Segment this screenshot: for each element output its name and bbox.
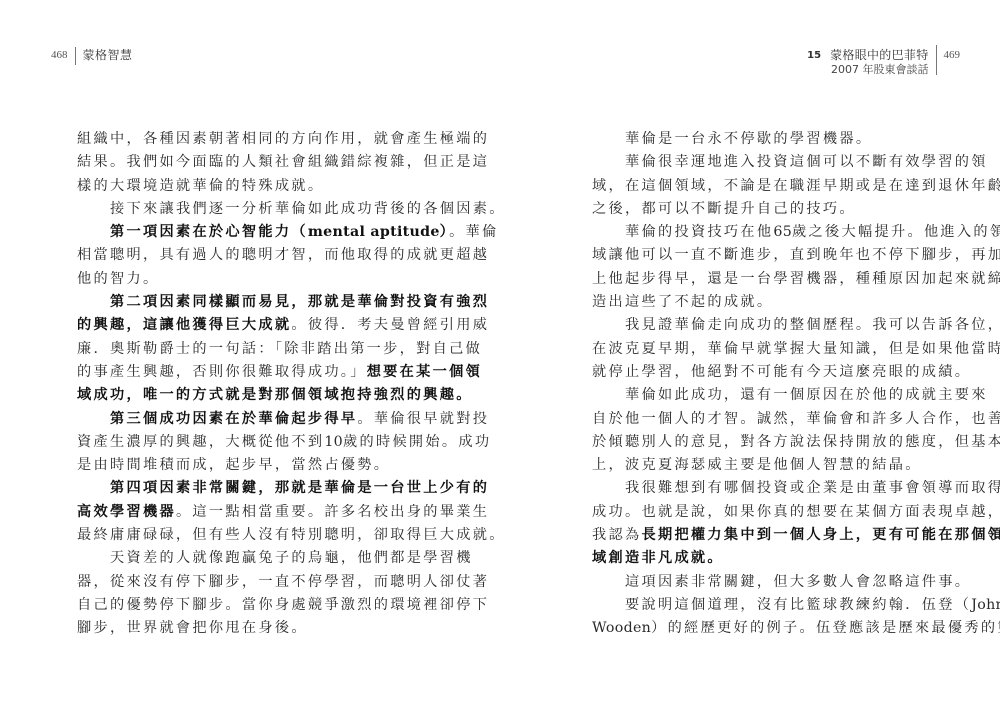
text-line: 於傾聽別人的意見，對各方說法保持開放的態度，但基本 [592, 431, 924, 454]
bold-text: 長期把權力集中到一個人身上，更有可能在那個領 [641, 527, 1000, 543]
text-segment: 。華倫很早就對投 [357, 411, 489, 427]
text-line: 成功。也就是說，如果你真的想要在某個方面表現卓越， [592, 501, 924, 524]
chapter-heading: 15 蒙格眼中的巴菲特 2007 年股東會談話 [807, 48, 928, 77]
text-segment: 要說明這個道理，沒有比籃球教練約翰．伍登（ [625, 597, 971, 613]
text-line: 自己的優勢停下腳步。當你身處競爭激烈的環境裡卻停下 [77, 594, 409, 617]
chapter-title: 蒙格眼中的巴菲特 [830, 48, 928, 63]
text-segment: 。這一點相當重要。許多名校出身的畢業生 [176, 504, 489, 520]
text-line: 我很難想到有哪個投資或企業是由董事會領導而取得 [592, 477, 924, 500]
text-segment: 我見證華倫走向成功的整個歷程。我可以告訴各位， [625, 317, 1000, 333]
text-line: 組織中，各種因素朝著相同的方向作用，就會產生極端的 [77, 128, 409, 151]
right-page: 15 蒙格眼中的巴菲特 2007 年股東會談話 469 華倫是一台永不停歇的學習… [500, 0, 1000, 701]
text-line: 第三個成功因素在於華倫起步得早。華倫很早就對投 [77, 408, 409, 431]
text-segment: 資產生濃厚的興趣，大概從他不到 [77, 434, 324, 450]
text-segment: 65 [773, 224, 792, 240]
text-line: 的事產生興趣，否則你很難取得成功。」想要在某一個領 [77, 361, 409, 384]
text-segment: 域，在這個領域，不論是在職涯早期或是在達到退休年齡 [592, 178, 1000, 194]
bold-text: 想要在某一個領 [367, 364, 482, 380]
text-segment: 他的智力。 [77, 271, 159, 287]
text-segment: 華倫很幸運地進入投資這個可以不斷有效學習的領 [625, 154, 988, 170]
text-segment: 天資差的人就像跑贏兔子的烏龜，他們都是學習機 [110, 550, 473, 566]
text-segment: 腳步，世界就會把你甩在身後。 [77, 620, 308, 636]
chapter-subtitle: 2007 年股東會談話 [830, 63, 928, 77]
text-segment: 結果。我們如今面臨的人類社會組織錯綜複雜，但正是這 [77, 154, 489, 170]
text-segment: ）的經歷更好的例子。伍登應該是歷來最優秀的籃 [651, 620, 1000, 636]
text-segment: 域讓他可以一直不斷進步，直到晚年也不停下腳步，再加 [592, 247, 1000, 263]
bold-text: 的興趣，這讓他獲得巨大成就 [77, 317, 291, 333]
text-segment: 上，波克夏海瑟威主要是他個人智慧的結晶。 [592, 457, 922, 473]
text-line: 結果。我們如今面臨的人類社會組織錯綜複雜，但正是這 [77, 151, 409, 174]
text-line: 資產生濃厚的興趣，大概從他不到10歲的時候開始。成功 [77, 431, 409, 454]
text-line: 要說明這個道理，沒有比籃球教練約翰．伍登（John [592, 594, 924, 617]
text-line: 上，波克夏海瑟威主要是他個人智慧的結晶。 [592, 454, 924, 477]
text-line: 這項因素非常關鍵，但大多數人會忽略這件事。 [592, 571, 924, 594]
header-divider [936, 45, 937, 75]
text-segment: 最終庸庸碌碌，但有些人沒有特別聰明，卻取得巨大成就。 [77, 527, 506, 543]
text-segment: 造出這些了不起的成就。 [592, 294, 773, 310]
text-line: 域，在這個領域，不論是在職涯早期或是在達到退休年齡 [592, 175, 924, 198]
bold-text: 域成功，唯一的方式就是對那個領域抱持強烈的興趣。 [77, 387, 473, 403]
bold-text: 域創造非凡成就。 [592, 550, 724, 566]
text-line: 第二項因素同樣顯而易見，那就是華倫對投資有強烈 [77, 291, 409, 314]
text-line: 華倫的投資技巧在他65歲之後大幅提升。他進入的領 [592, 221, 924, 244]
bold-text: 第四項因素非常關鍵，那就是華倫是一台世上少有的 [110, 480, 489, 496]
text-segment: 。華倫 [449, 224, 498, 240]
text-line: 域讓他可以一直不斷進步，直到晚年也不停下腳步，再加 [592, 244, 924, 267]
text-segment: 。彼得．考夫曼曾經引用威 [291, 317, 489, 333]
text-segment: 在波克夏早期，華倫早就掌握大量知識，但是如果他當時 [592, 341, 1000, 357]
chapter-number: 15 [807, 48, 821, 63]
text-line: 華倫是一台永不停歇的學習機器。 [592, 128, 924, 151]
left-running-head: 468 蒙格智慧 [51, 48, 133, 65]
text-segment: 華倫如此成功，還有一個原因在於他的成就主要來 [625, 387, 988, 403]
text-line: 腳步，世界就會把你甩在身後。 [77, 617, 409, 640]
text-line: 第四項因素非常關鍵，那就是華倫是一台世上少有的 [77, 477, 409, 500]
text-segment: 是由時間堆積而成，起步早，當然占優勢。 [77, 457, 390, 473]
text-segment: 組織中，各種因素朝著相同的方向作用，就會產生極端的 [77, 131, 489, 147]
text-line: 是由時間堆積而成，起步早，當然占優勢。 [77, 454, 409, 477]
text-line: Wooden）的經歷更好的例子。伍登應該是歷來最優秀的籃 [592, 617, 924, 640]
text-line: 在波克夏早期，華倫早就掌握大量知識，但是如果他當時 [592, 338, 924, 361]
text-segment: 華倫是一台永不停歇的學習機器。 [625, 131, 872, 147]
text-line: 最終庸庸碌碌，但有些人沒有特別聰明，卻取得巨大成就。 [77, 524, 409, 547]
bold-text: 第二項因素同樣顯而易見，那就是華倫對投資有強烈 [110, 294, 489, 310]
text-segment: 自己的優勢停下腳步。當你身處競爭激烈的環境裡卻停下 [77, 597, 489, 613]
page-number: 469 [944, 48, 961, 63]
text-line: 造出這些了不起的成就。 [592, 291, 924, 314]
text-line: 器，從來沒有停下腳步，一直不停學習，而聰明人卻仗著 [77, 571, 409, 594]
bold-text: 高效學習機器 [77, 504, 176, 520]
text-line: 華倫很幸運地進入投資這個可以不斷有效學習的領 [592, 151, 924, 174]
text-segment: 器，從來沒有停下腳步，一直不停學習，而聰明人卻仗著 [77, 574, 489, 590]
text-segment: 成功。也就是說，如果你真的想要在某個方面表現卓越， [592, 504, 1000, 520]
text-line: 的興趣，這讓他獲得巨大成就。彼得．考夫曼曾經引用威 [77, 314, 409, 337]
page-number: 468 [51, 48, 68, 63]
left-page: 468 蒙格智慧 組織中，各種因素朝著相同的方向作用，就會產生極端的結果。我們如… [0, 0, 500, 701]
bold-text: 第一項因素在於心智能力（ [110, 224, 308, 240]
header-divider [75, 47, 76, 65]
text-segment: 10 [324, 434, 343, 450]
text-line: 華倫如此成功，還有一個原因在於他的成就主要來 [592, 384, 924, 407]
right-running-head: 15 蒙格眼中的巴菲特 2007 年股東會談話 469 [807, 48, 960, 77]
text-line: 樣的大環境造就華倫的特殊成就。 [77, 175, 409, 198]
text-segment: 之後，都可以不斷提升自己的技巧。 [592, 201, 856, 217]
text-segment: 廉．奧斯勒爵士的一句話：「除非踏出第一步，對自己做 [77, 341, 482, 357]
text-line: 域成功，唯一的方式就是對那個領域抱持強烈的興趣。 [77, 384, 409, 407]
book-spread: 468 蒙格智慧 組織中，各種因素朝著相同的方向作用，就會產生極端的結果。我們如… [0, 0, 1000, 701]
text-segment: 自於他一個人的才智。誠然，華倫會和許多人合作，也善 [592, 411, 1000, 427]
text-line: 高效學習機器。這一點相當重要。許多名校出身的畢業生 [77, 501, 409, 524]
text-line: 自於他一個人的才智。誠然，華倫會和許多人合作，也善 [592, 408, 924, 431]
text-segment: 的事產生興趣，否則你很難取得成功。」 [77, 364, 367, 380]
text-line: 就停止學習，他絕對不可能有今天這麼亮眼的成績。 [592, 361, 924, 384]
bold-text: 第三個成功因素在於華倫起步得早 [110, 411, 357, 427]
text-line: 之後，都可以不斷提升自己的技巧。 [592, 198, 924, 221]
text-segment: 我認為 [592, 527, 641, 543]
text-line: 天資差的人就像跑贏兔子的烏龜，他們都是學習機 [77, 547, 409, 570]
text-segment: 相當聰明，具有過人的聰明才智，而他取得的成就更超越 [77, 247, 489, 263]
text-line: 廉．奧斯勒爵士的一句話：「除非踏出第一步，對自己做 [77, 338, 409, 361]
text-line: 我見證華倫走向成功的整個歷程。我可以告訴各位， [592, 314, 924, 337]
text-segment: 樣的大環境造就華倫的特殊成就。 [77, 178, 324, 194]
text-segment: 這項因素非常關鍵，但大多數人會忽略這件事。 [625, 574, 971, 590]
text-segment: 上他起步得早，還是一台學習機器，種種原因加起來就締 [592, 271, 1000, 287]
text-segment: 我很難想到有哪個投資或企業是由董事會領導而取得 [625, 480, 1000, 496]
text-segment: 接下來讓我們逐一分析華倫如此成功背後的各個因素。 [110, 201, 506, 217]
text-line: 上他起步得早，還是一台學習機器，種種原因加起來就締 [592, 268, 924, 291]
text-segment: John [971, 597, 1000, 613]
bold-text: ） [440, 224, 449, 240]
text-segment: 華倫的投資技巧在他 [625, 224, 773, 240]
text-segment: Wooden [592, 620, 651, 636]
text-segment: 就停止學習，他絕對不可能有今天這麼亮眼的成績。 [592, 364, 971, 380]
text-line: 域創造非凡成就。 [592, 547, 924, 570]
text-segment: 歲之後大幅提升。他進入的領 [792, 224, 1000, 240]
text-line: 相當聰明，具有過人的聰明才智，而他取得的成就更超越 [77, 244, 409, 267]
bold-text: mental aptitude [308, 224, 440, 240]
text-line: 他的智力。 [77, 268, 409, 291]
text-line: 第一項因素在於心智能力（mental aptitude）。華倫 [77, 221, 409, 244]
left-body-text: 組織中，各種因素朝著相同的方向作用，就會產生極端的結果。我們如今面臨的人類社會組… [77, 128, 409, 641]
text-line: 我認為長期把權力集中到一個人身上，更有可能在那個領 [592, 524, 924, 547]
text-segment: 歲的時候開始。成功 [343, 434, 491, 450]
text-segment: 於傾聽別人的意見，對各方說法保持開放的態度，但基本 [592, 434, 1000, 450]
book-title: 蒙格智慧 [83, 48, 133, 63]
text-line: 接下來讓我們逐一分析華倫如此成功背後的各個因素。 [77, 198, 409, 221]
right-body-text: 華倫是一台永不停歇的學習機器。華倫很幸運地進入投資這個可以不斷有效學習的領域，在… [592, 128, 924, 641]
